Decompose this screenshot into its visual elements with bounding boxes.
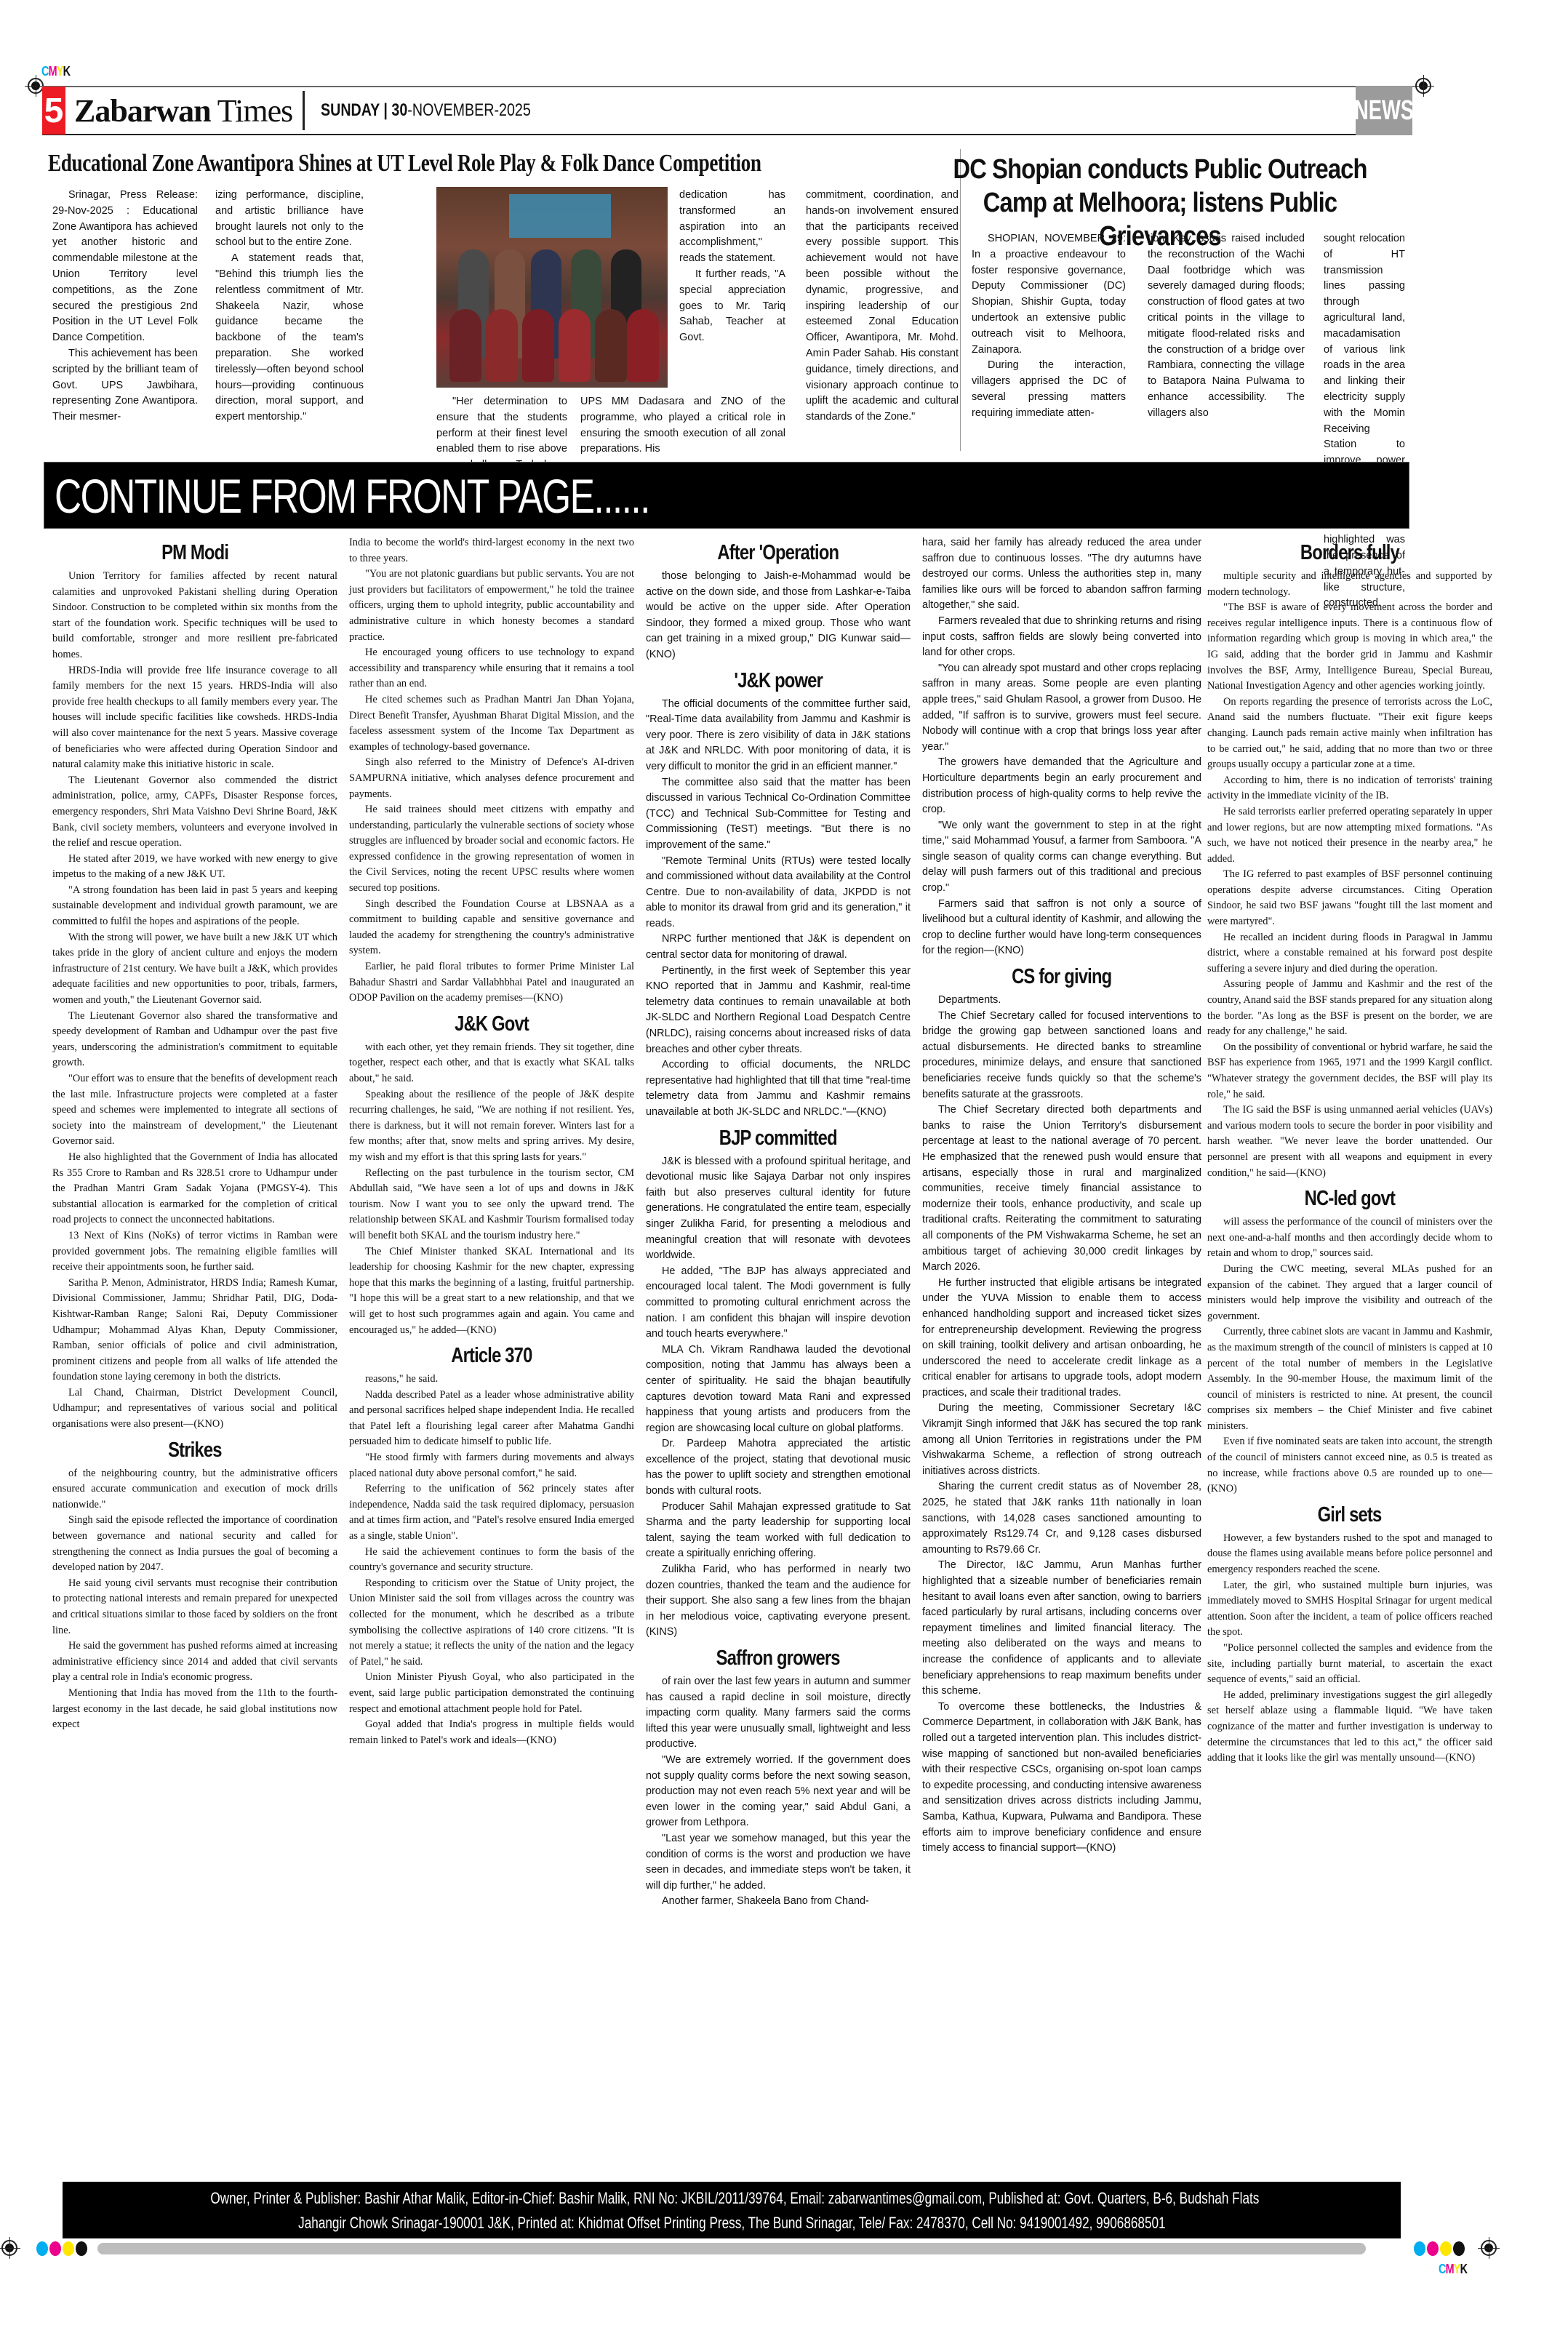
paragraph: J&K is blessed with a profound spiritual… bbox=[646, 1154, 911, 1264]
paragraph: Saritha P. Menon, Administrator, HRDS In… bbox=[52, 1276, 337, 1385]
paragraph: Farmers revealed that due to shrinking r… bbox=[922, 614, 1201, 661]
paragraph: "A strong foundation has been laid in pa… bbox=[52, 883, 337, 930]
headline-education: Educational Zone Awantipora Shines at UT… bbox=[48, 150, 761, 177]
paragraph: This achievement has been scripted by th… bbox=[52, 346, 198, 425]
paragraph: of rain over the last few years in autum… bbox=[646, 1674, 911, 1753]
paragraph: Zulikha Farid, who has performed in near… bbox=[646, 1562, 911, 1641]
paragraph: During the meeting, Commissioner Secreta… bbox=[922, 1401, 1201, 1479]
paragraph: Departments. bbox=[922, 993, 1201, 1009]
paragraph: He said trainees should meet citizens wi… bbox=[349, 802, 634, 897]
continued-story-heading: NC-led govt bbox=[1207, 1184, 1492, 1213]
paragraph: Pertinently, in the first week of Septem… bbox=[646, 964, 911, 1058]
paragraph: Reflecting on the past turbulence in the… bbox=[349, 1166, 634, 1244]
paragraph: The Chief Secretary called for focused i… bbox=[922, 1009, 1201, 1103]
continued-story-heading: CS for giving bbox=[922, 962, 1201, 991]
paragraph: will assess the performance of the counc… bbox=[1207, 1214, 1492, 1262]
paragraph: Later, the girl, who sustained multiple … bbox=[1207, 1578, 1492, 1641]
continued-story-heading: Strikes bbox=[52, 1436, 337, 1465]
paragraph: He said the achievement continues to for… bbox=[349, 1545, 634, 1576]
masthead: 5 Zabarwan Times SUNDAY | 30-NOVEMBER-20… bbox=[42, 86, 1407, 135]
heading-text: After 'Operation bbox=[718, 538, 839, 567]
paragraph: Singh said the episode reflected the imp… bbox=[52, 1513, 337, 1575]
cmyk-label-top: CMYK bbox=[41, 64, 70, 79]
registration-mark-icon bbox=[28, 78, 44, 94]
paragraph: He cited schemes such as Pradhan Mantri … bbox=[349, 692, 634, 755]
paragraph: Currently, three cabinet slots are vacan… bbox=[1207, 1324, 1492, 1434]
paragraph: With the strong will power, we have buil… bbox=[52, 930, 337, 1009]
paragraph: HRDS-India will provide free life insura… bbox=[52, 663, 337, 773]
paragraph: Lal Chand, Chairman, District Developmen… bbox=[52, 1385, 337, 1433]
paragraph: On the possibility of conventional or hy… bbox=[1207, 1040, 1492, 1103]
dc-column-2: tion. Key issues raised included the rec… bbox=[1148, 231, 1305, 422]
paragraph: "You are not platonic guardians but publ… bbox=[349, 567, 634, 645]
paragraph: those belonging to Jaish-e-Mohammad woul… bbox=[646, 569, 911, 663]
paragraph: Earlier, he paid floral tributes to form… bbox=[349, 959, 634, 1007]
paragraph: To overcome these bottlenecks, the Indus… bbox=[922, 1700, 1201, 1857]
continued-column-3: After 'Operationthose belonging to Jaish… bbox=[646, 535, 911, 1910]
paper-name: Zabarwan Times bbox=[74, 92, 292, 129]
imprint-line-2: Jahangir Chowk Srinagar-190001 J&K, Prin… bbox=[298, 2211, 1165, 2236]
paragraph: Another farmer, Shakeela Bano from Chand… bbox=[646, 1894, 911, 1910]
paragraph: SHOPIAN, NOVEMBER 29: In a proactive end… bbox=[972, 231, 1126, 358]
paragraph: Mentioning that India has moved from the… bbox=[52, 1686, 337, 1733]
continued-column-2: India to become the world's third-larges… bbox=[349, 535, 634, 1748]
paragraph: He recalled an incident during floods in… bbox=[1207, 930, 1492, 977]
paragraph: Responding to criticism over the Statue … bbox=[349, 1576, 634, 1670]
print-colour-bar bbox=[97, 2243, 1366, 2254]
paragraph: He added, "The BJP has always appreciate… bbox=[646, 1264, 911, 1342]
paragraph: He said terrorists earlier preferred ope… bbox=[1207, 804, 1492, 867]
heading-text: NC-led govt bbox=[1305, 1184, 1395, 1213]
page-number: 5 bbox=[42, 87, 65, 135]
heading-text: CS for giving bbox=[1012, 962, 1111, 991]
paragraph: "We are extremely worried. If the govern… bbox=[646, 1753, 911, 1831]
masthead-divider bbox=[303, 91, 305, 130]
paragraph: The Chief Minister thanked SKAL Internat… bbox=[349, 1244, 634, 1339]
paragraph: The committee also said that the matter … bbox=[646, 775, 911, 854]
paragraph: The Director, I&C Jammu, Arun Manhas fur… bbox=[922, 1558, 1201, 1699]
paragraph: According to him, there is no indication… bbox=[1207, 773, 1492, 804]
paragraph: The Chief Secretary directed both depart… bbox=[922, 1103, 1201, 1276]
paragraph: India to become the world's third-larges… bbox=[349, 535, 634, 567]
education-column-1: Srinagar, Press Release: 29-Nov-2025 : E… bbox=[52, 188, 198, 425]
heading-text: Strikes bbox=[168, 1436, 222, 1465]
education-column-2: izing performance, discipline, and artis… bbox=[215, 188, 364, 425]
paragraph: "Remote Terminal Units (RTUs) were teste… bbox=[646, 854, 911, 932]
paragraph: However, a few bystanders rushed to the … bbox=[1207, 1531, 1492, 1578]
paragraph: of the neighbouring country, but the adm… bbox=[52, 1466, 337, 1513]
paragraph: Nadda described Patel as a leader whose … bbox=[349, 1388, 634, 1450]
paragraph: 13 Next of Kins (NoKs) of terror victims… bbox=[52, 1228, 337, 1276]
paragraph: Union Minister Piyush Goyal, who also pa… bbox=[349, 1670, 634, 1717]
paragraph: "He stood firmly with farmers during mov… bbox=[349, 1450, 634, 1481]
paragraph: He added, preliminary investigations sug… bbox=[1207, 1688, 1492, 1766]
paragraph: "We only want the government to step in … bbox=[922, 818, 1201, 897]
paragraph: Union Territory for families affected by… bbox=[52, 569, 337, 663]
paragraph: During the interaction, villagers appris… bbox=[972, 358, 1126, 421]
paragraph: During the CWC meeting, several MLAs pus… bbox=[1207, 1262, 1492, 1324]
paragraph: According to official documents, the NRL… bbox=[646, 1057, 911, 1120]
paragraph: "Police personnel collected the samples … bbox=[1207, 1641, 1492, 1688]
imprint-footer: Owner, Printer & Publisher: Bashir Athar… bbox=[63, 2182, 1401, 2238]
paragraph: Goyal added that India's progress in mul… bbox=[349, 1717, 634, 1748]
paragraph: He said young civil servants must recogn… bbox=[52, 1576, 337, 1638]
paragraph: The IG said the BSF is using unmanned ae… bbox=[1207, 1103, 1492, 1181]
paragraph: He encouraged young officers to use tech… bbox=[349, 645, 634, 692]
paragraph: Sharing the current credit status as of … bbox=[922, 1479, 1201, 1558]
paragraph: izing performance, discipline, and artis… bbox=[215, 188, 364, 251]
registration-mark-icon bbox=[1481, 2240, 1497, 2256]
paragraph: The official documents of the committee … bbox=[646, 697, 911, 775]
paragraph: The Lieutenant Governor also commended t… bbox=[52, 773, 337, 852]
imprint-line-1: Owner, Printer & Publisher: Bashir Athar… bbox=[210, 2186, 1259, 2211]
paragraph: Dr. Pardeep Mahotra appreciated the arti… bbox=[646, 1436, 911, 1499]
heading-text: Article 370 bbox=[451, 1341, 532, 1370]
paragraph: The IG referred to past examples of BSF … bbox=[1207, 867, 1492, 929]
continued-story-heading: BJP committed bbox=[646, 1124, 911, 1153]
paragraph: "Last year we somehow managed, but this … bbox=[646, 1831, 911, 1894]
continued-story-heading: 'J&K power bbox=[646, 666, 911, 695]
paragraph: He stated after 2019, we have worked wit… bbox=[52, 852, 337, 883]
paragraph: Even if five nominated seats are taken i… bbox=[1207, 1434, 1492, 1497]
registration-mark-icon bbox=[1, 2240, 17, 2256]
paragraph: UPS MM Dadasara and ZNO of the programme… bbox=[580, 394, 785, 457]
continued-story-heading: Saffron growers bbox=[646, 1644, 911, 1673]
continued-column-4: hara, said her family has already reduce… bbox=[922, 535, 1201, 1857]
education-column-4-top: dedication has transformed an aspiration… bbox=[679, 188, 785, 346]
paragraph: Assuring people of Jammu and Kashmir and… bbox=[1207, 977, 1492, 1039]
paragraph: Producer Sahil Mahajan expressed gratitu… bbox=[646, 1500, 911, 1562]
paragraph: He further instructed that eligible arti… bbox=[922, 1276, 1201, 1401]
continued-story-heading: Article 370 bbox=[349, 1341, 634, 1370]
paragraph: The growers have demanded that the Agric… bbox=[922, 755, 1201, 817]
continued-story-heading: PM Modi bbox=[52, 538, 337, 567]
paragraph: Singh also referred to the Ministry of D… bbox=[349, 755, 634, 802]
paragraph: He said the government has pushed reform… bbox=[52, 1638, 337, 1686]
paragraph: tion. Key issues raised included the rec… bbox=[1148, 231, 1305, 422]
continued-story-heading: J&K Govt bbox=[349, 1009, 634, 1039]
issue-date: SUNDAY | 30-NOVEMBER-2025 bbox=[321, 100, 531, 121]
cmyk-label-bottom: CMYK bbox=[1439, 2262, 1467, 2277]
paragraph: Singh described the Foundation Course at… bbox=[349, 897, 634, 959]
heading-text: Borders fully bbox=[1300, 538, 1399, 567]
paragraph: Srinagar, Press Release: 29-Nov-2025 : E… bbox=[52, 188, 198, 346]
paragraph: dedication has transformed an aspiration… bbox=[679, 188, 785, 267]
continue-from-front-page-banner: CONTINUE FROM FRONT PAGE...... bbox=[44, 462, 1409, 529]
dc-column-1: SHOPIAN, NOVEMBER 29: In a proactive end… bbox=[972, 231, 1126, 422]
heading-text: PM Modi bbox=[161, 538, 228, 567]
education-column-4-bottom: UPS MM Dadasara and ZNO of the programme… bbox=[567, 394, 785, 457]
ink-swatches bbox=[36, 2241, 87, 2256]
registration-mark-icon bbox=[1415, 78, 1431, 94]
continued-column-5: Borders fullymultiple security and intel… bbox=[1207, 535, 1492, 1766]
continued-story-heading: Borders fully bbox=[1207, 538, 1492, 567]
paragraph: "The BSF is aware of every movement acro… bbox=[1207, 600, 1492, 695]
paragraph: Speaking about the resilience of the peo… bbox=[349, 1087, 634, 1166]
ink-swatches bbox=[1414, 2241, 1465, 2256]
paragraph: He also highlighted that the Government … bbox=[52, 1150, 337, 1228]
folk-dance-team-photo bbox=[436, 187, 668, 388]
paragraph: reasons," he said. bbox=[349, 1372, 634, 1388]
paragraph: The Lieutenant Governor also shared the … bbox=[52, 1009, 337, 1071]
heading-text: 'J&K power bbox=[734, 666, 823, 695]
continued-column-1: PM ModiUnion Territory for families affe… bbox=[52, 535, 337, 1733]
paragraph: A statement reads that, "Behind this tri… bbox=[215, 251, 364, 425]
paragraph: Referring to the unification of 562 prin… bbox=[349, 1481, 634, 1544]
heading-text: J&K Govt bbox=[455, 1009, 529, 1039]
continued-story-heading: Girl sets bbox=[1207, 1500, 1492, 1529]
heading-text: Girl sets bbox=[1318, 1500, 1382, 1529]
paragraph: Farmers said that saffron is not only a … bbox=[922, 897, 1201, 959]
paragraph: multiple security and intelligence agenc… bbox=[1207, 569, 1492, 600]
paragraph: with each other, yet they remain friends… bbox=[349, 1040, 634, 1087]
paragraph: "Our effort was to ensure that the benef… bbox=[52, 1071, 337, 1150]
paragraph: hara, said her family has already reduce… bbox=[922, 535, 1201, 614]
paragraph: NRPC further mentioned that J&K is depen… bbox=[646, 932, 911, 963]
continued-story-heading: After 'Operation bbox=[646, 538, 911, 567]
paragraph: "You can already spot mustard and other … bbox=[922, 661, 1201, 756]
section-label: NEWS bbox=[1356, 86, 1412, 135]
heading-text: Saffron growers bbox=[716, 1644, 840, 1673]
paragraph: It further reads, "A special appreciatio… bbox=[679, 267, 785, 346]
paragraph: On reports regarding the presence of ter… bbox=[1207, 695, 1492, 773]
paragraph: MLA Ch. Vikram Randhawa lauded the devot… bbox=[646, 1342, 911, 1437]
heading-text: BJP committed bbox=[719, 1124, 837, 1153]
